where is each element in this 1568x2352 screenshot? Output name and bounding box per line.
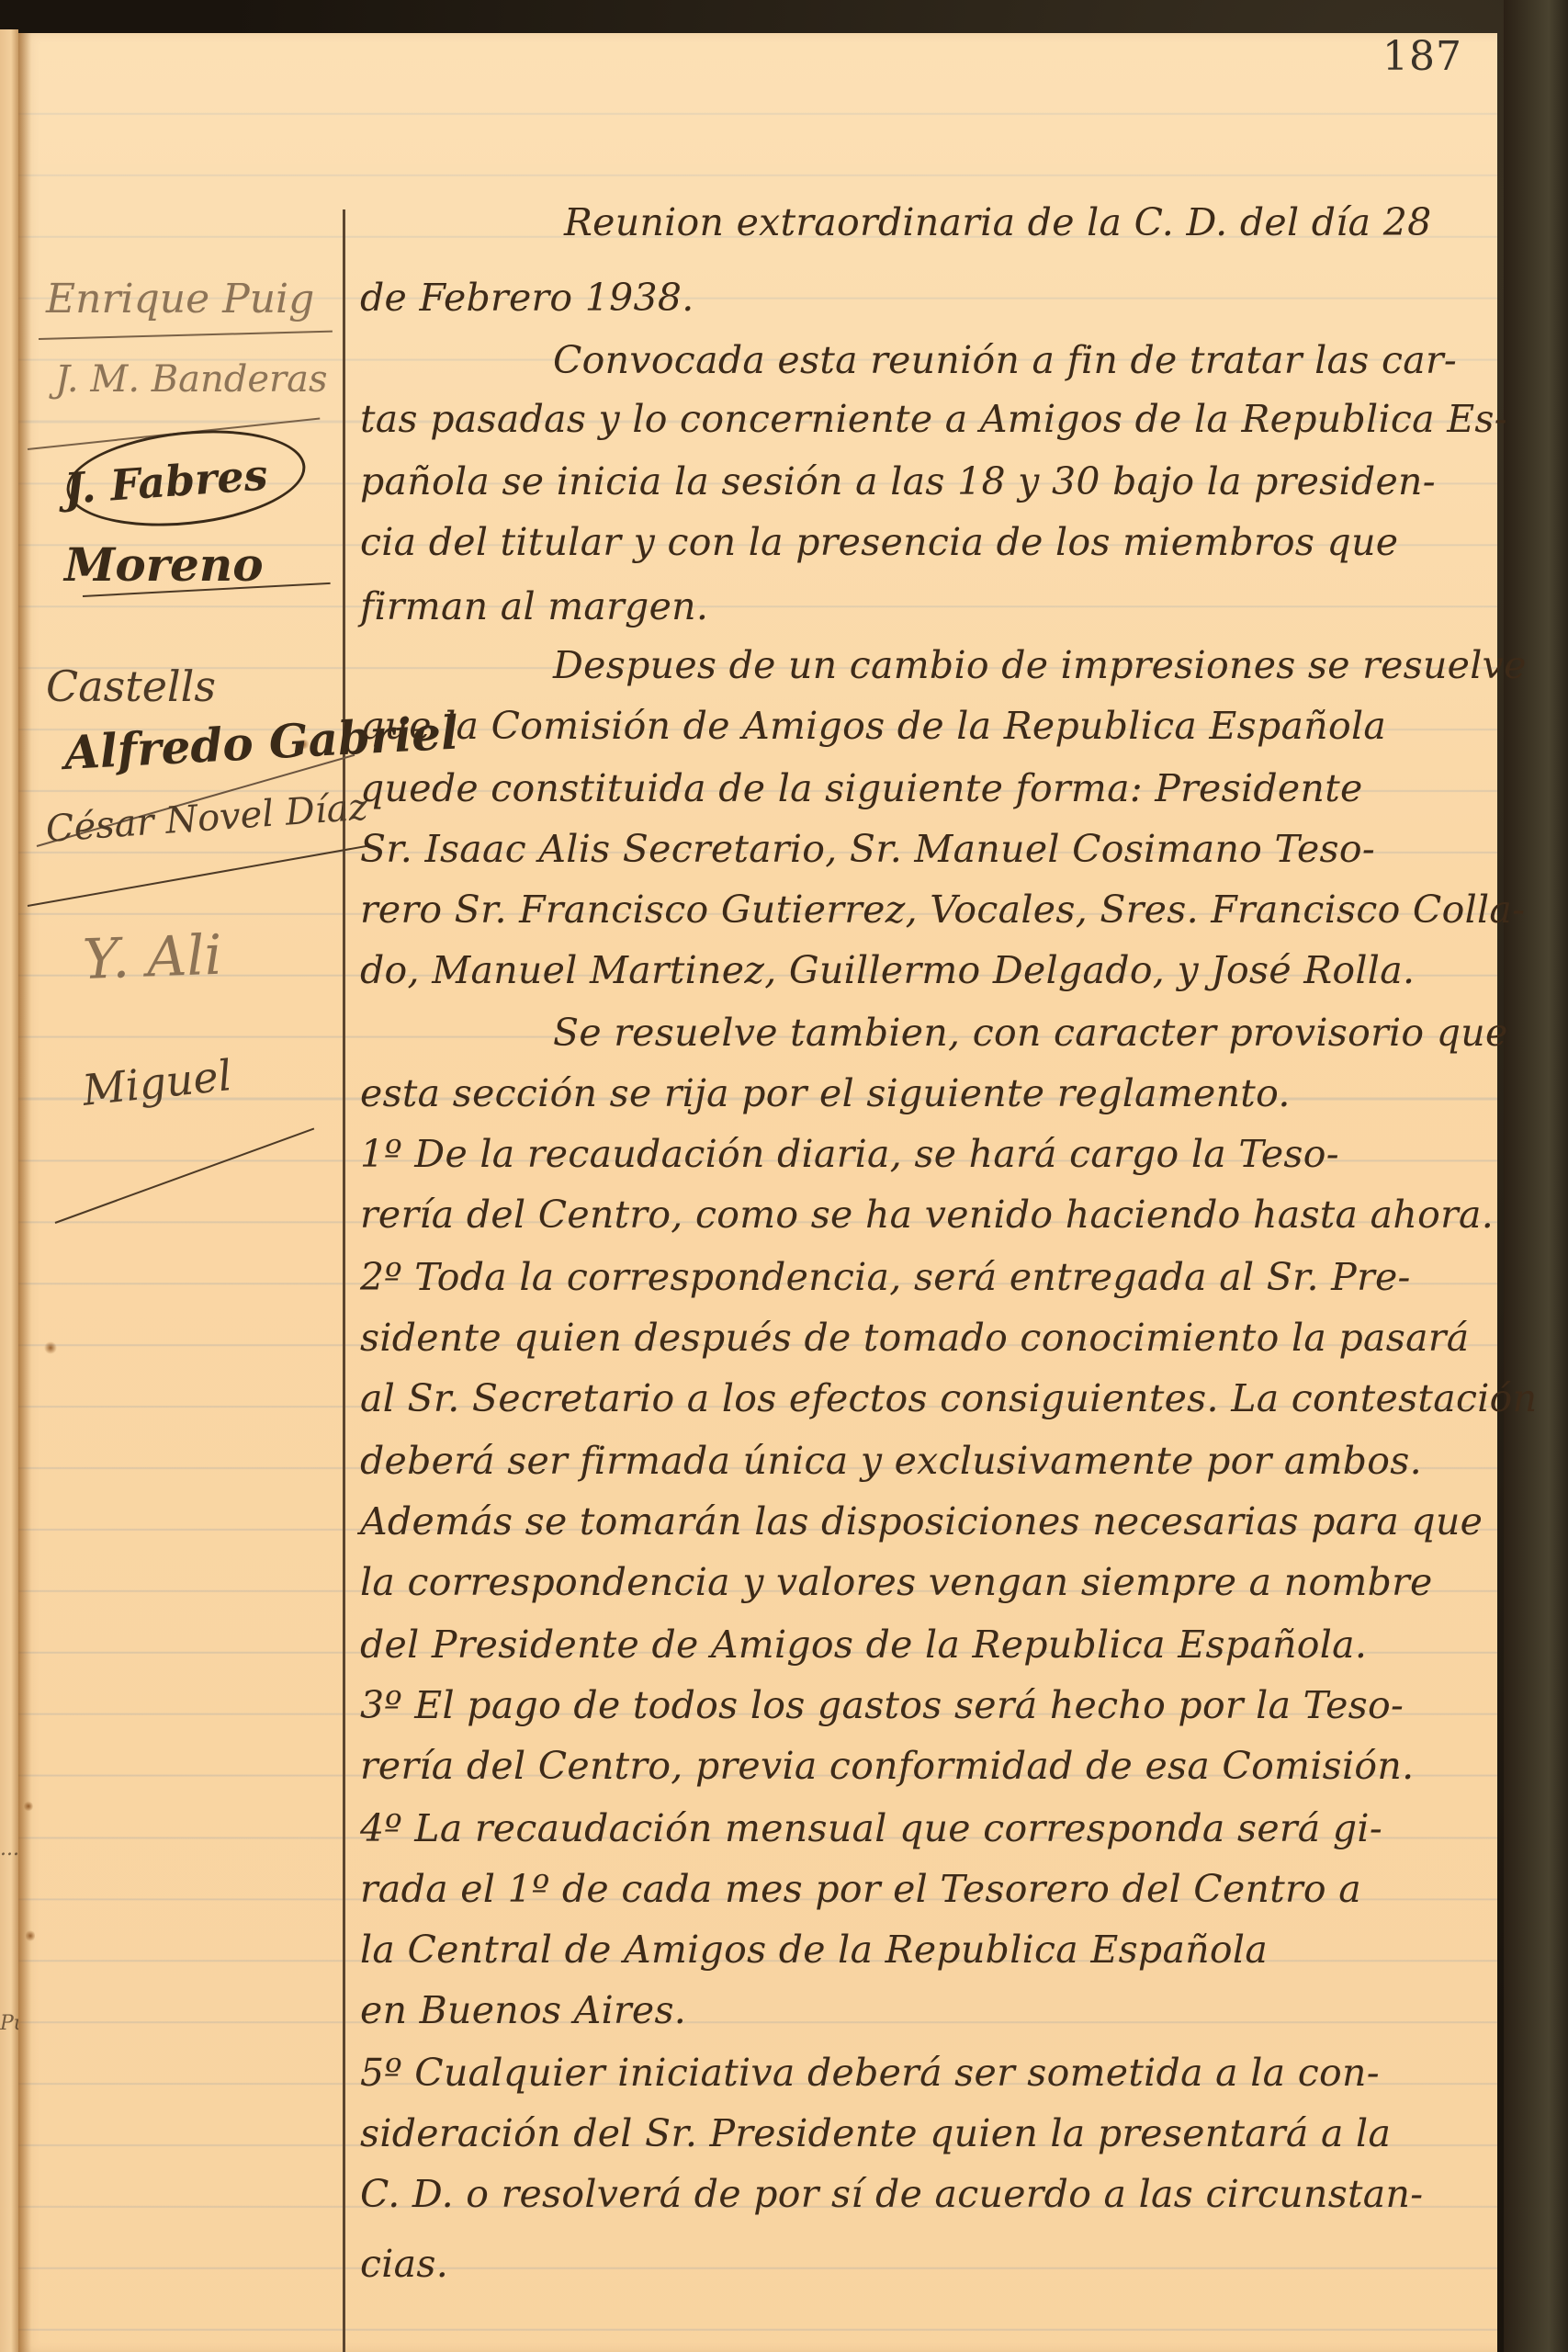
minutes-line: que la Comisión de Amigos de la Republic… <box>360 704 1386 748</box>
minutes-line: C. D. o resolverá de por sí de acuerdo a… <box>360 2172 1423 2216</box>
minutes-line: 4º La recaudación mensual que correspond… <box>360 1806 1382 1850</box>
minutes-line: tas pasadas y lo concerniente a Amigos d… <box>360 397 1507 441</box>
signature-flourish <box>62 420 310 537</box>
signature: Y. Ali <box>82 923 223 992</box>
minutes-line: 3º El pago de todos los gastos será hech… <box>360 1683 1404 1727</box>
minutes-line: Sr. Isaac Alis Secretario, Sr. Manuel Co… <box>360 827 1375 871</box>
minutes-line: sidente quien después de tomado conocimi… <box>360 1316 1470 1360</box>
minutes-title: Reunion extraordinaria de la C. D. del d… <box>564 200 1432 244</box>
margin-rule <box>343 209 345 2352</box>
minutes-line: 5º Cualquier iniciativa deberá ser somet… <box>360 2051 1380 2095</box>
minutes-line: quede constituida de la siguiente forma:… <box>360 766 1363 810</box>
minutes-line: Despues de un cambio de impresiones se r… <box>553 643 1527 687</box>
minutes-line: Además se tomarán las disposiciones nece… <box>360 1499 1483 1543</box>
minutes-line: rería del Centro, como se ha venido haci… <box>360 1193 1494 1237</box>
book-binding-edge <box>1504 0 1568 2352</box>
signature: J. M. Banderas <box>55 358 328 401</box>
minutes-line: Convocada esta reunión a fin de tratar l… <box>553 338 1457 382</box>
signature-underline <box>55 1127 315 1223</box>
minutes-line: la Central de Amigos de la Republica Esp… <box>360 1928 1268 1972</box>
signatures-margin: Enrique Puig J. M. Banderas J. Fabres Mo… <box>28 0 340 2352</box>
minutes-title-date: de Febrero 1938. <box>360 276 694 320</box>
signature: Moreno <box>64 537 264 592</box>
minutes-line: rada el 1º de cada mes por el Tesorero d… <box>360 1867 1361 1911</box>
left-page-edge <box>0 29 18 2352</box>
minutes-line: firman al margen. <box>360 584 708 628</box>
minutes-line: pañola se inicia la sesión a las 18 y 30… <box>360 459 1436 503</box>
page-number: 187 <box>1382 33 1462 80</box>
minutes-line: rería del Centro, previa conformidad de … <box>360 1744 1414 1788</box>
signature: Castells <box>46 661 216 711</box>
signature-underline <box>28 844 372 907</box>
minutes-line: deberá ser firmada única y exclusivament… <box>360 1439 1422 1483</box>
minutes-line: Se resuelve tambien, con caracter provis… <box>553 1011 1508 1055</box>
minutes-line: cia del titular y con la presencia de lo… <box>360 520 1398 564</box>
minutes-line: del Presidente de Amigos de la Republica… <box>360 1623 1367 1667</box>
minutes-line: la correspondencia y valores vengan siem… <box>360 1560 1433 1604</box>
minutes-line: rero Sr. Francisco Gutierrez, Vocales, S… <box>360 888 1525 932</box>
signature-underline <box>39 331 333 340</box>
minutes-line: sideración del Sr. Presidente quien la p… <box>360 2111 1391 2155</box>
signature: Enrique Puig <box>46 276 314 322</box>
minutes-line: 1º De la recaudación diaria, se hará car… <box>360 1132 1339 1176</box>
minutes-line: en Buenos Aires. <box>360 1988 686 2032</box>
signature: Miguel <box>80 1050 234 1115</box>
minutes-line: al Sr. Secretario a los efectos consigui… <box>360 1376 1537 1420</box>
minutes-line: 2º Toda la correspondencia, será entrega… <box>360 1255 1411 1299</box>
minutes-line: esta sección se rija por el siguiente re… <box>360 1071 1291 1115</box>
minutes-line: do, Manuel Martinez, Guillermo Delgado, … <box>360 948 1415 992</box>
minutes-line: cias. <box>360 2242 448 2286</box>
